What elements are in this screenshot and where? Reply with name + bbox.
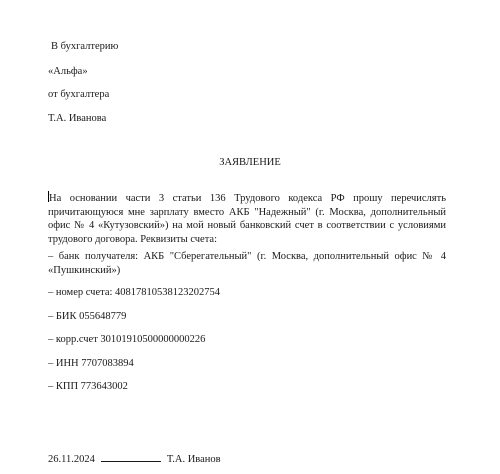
body-paragraph-text: На основании части 3 статьи 136 Трудовог…	[48, 193, 446, 245]
detail-kpp: – КПП 773643002	[48, 380, 128, 393]
detail-bank: – банк получателя: АКБ "Сберегательный" …	[48, 250, 446, 277]
body-paragraph[interactable]: На основании части 3 статьи 136 Трудовог…	[48, 191, 446, 246]
signature-block: 26.11.2024Т.А. Иванов	[48, 451, 221, 466]
sender-line-1: от бухгалтера	[48, 88, 109, 101]
signature-line	[101, 451, 161, 462]
signature-name: Т.А. Иванов	[167, 454, 221, 465]
detail-account-number: – номер счета: 40817810538123202754	[48, 286, 220, 299]
sender-line-2: Т.А. Иванова	[48, 112, 106, 125]
addressee-line-1: В бухгалтерию	[51, 40, 118, 53]
document-title: ЗАЯВЛЕНИЕ	[0, 156, 500, 169]
signature-date: 26.11.2024	[48, 454, 95, 465]
detail-bik: – БИК 055648779	[48, 310, 126, 323]
addressee-line-2: «Альфа»	[48, 65, 88, 78]
detail-corr-account: – корр.счет 30101910500000000226	[48, 333, 205, 346]
detail-inn: – ИНН 7707083894	[48, 357, 134, 370]
